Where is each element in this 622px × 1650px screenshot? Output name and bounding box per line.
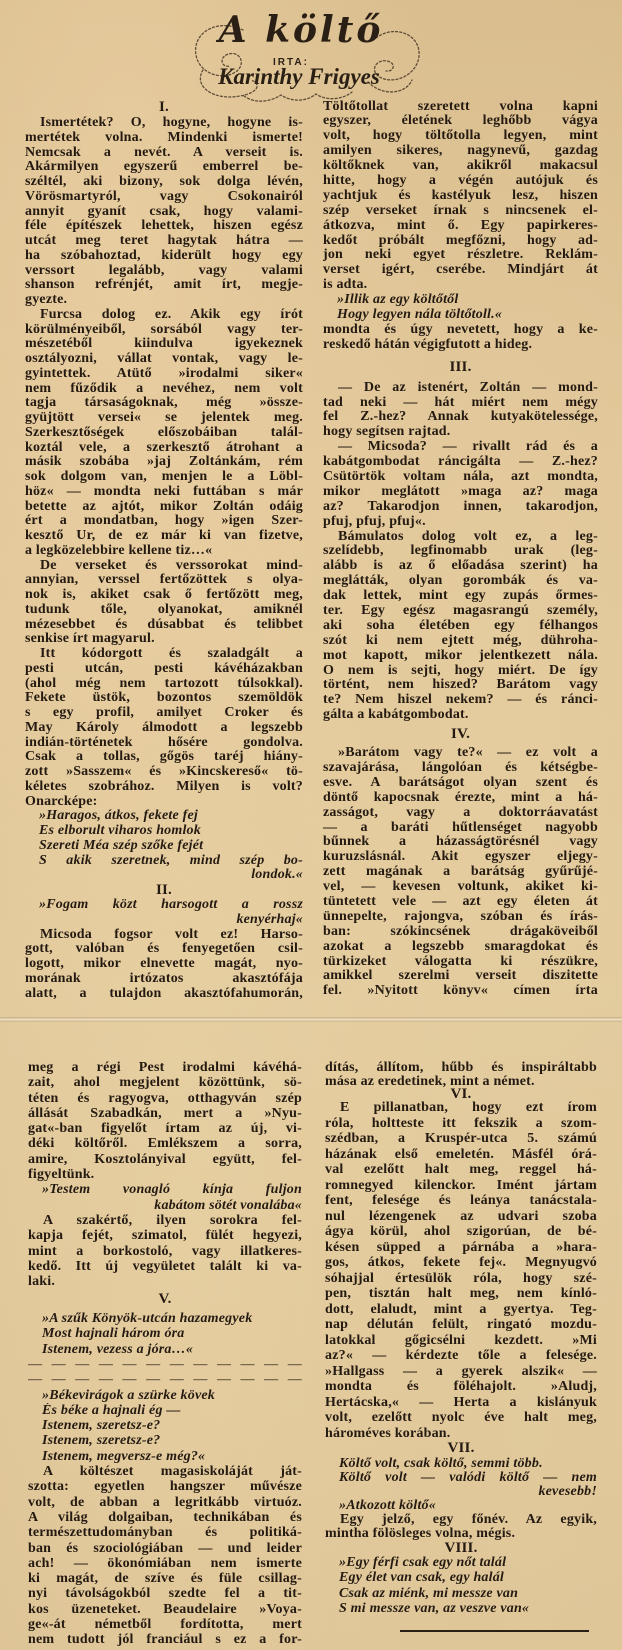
text-line: shanson refrénjét, amit írt, megje-	[25, 278, 303, 293]
text-line: döntő kapocsnak érezte, mint a há-	[323, 791, 598, 806]
text-line: Nemcsak a nevét. A verseit is.	[25, 146, 303, 161]
text-line: bűnnek a házasságtörésnél vagy	[323, 835, 598, 850]
text-line: pen, tisztán halt meg, nem kínló-	[325, 1286, 597, 1302]
verse-line: Istenem, vezess a jóra…«	[28, 1342, 302, 1357]
text-line: dítás, állítom, hűbb és inspiráltabb	[325, 1061, 597, 1075]
verse-line: »A szű­k Könyök-utcán hazamegyek	[28, 1311, 302, 1326]
text-line: egyszer, életének leghőbb vágya	[323, 114, 598, 129]
text-line: gyezte.	[25, 293, 303, 308]
text-line: zasságot, vagy a doktorráavatást	[323, 806, 598, 821]
text-line: alább is az ő előadása szerint) ha	[323, 559, 598, 574]
text-line: szép verseket írnak s nincsenek el-	[323, 204, 598, 219]
text-line: kedő. Itt új vegyületet talált ki va-	[28, 1259, 302, 1274]
verse-line: Csak az miénk, mi messze van	[325, 1586, 597, 1602]
section-heading: III.	[323, 353, 598, 381]
text-line: — a baráti hűtlenséget nagyobb	[323, 821, 598, 836]
text-line: mot kapott, mikor jelentkezett nála.	[323, 649, 598, 664]
text-line: másik szobába »jaj Zoltánkám, rém	[25, 455, 303, 470]
paragraph: E pillanatban, hogy ezt íromróla, holtte…	[325, 1100, 597, 1441]
text-line: logott, mikor elnevette magát, nyo-	[25, 957, 303, 972]
paragraph: A szakértő, ilyen sorokra fel-kapja fejé…	[28, 1213, 302, 1289]
dash-separator: — — — — — — — — — — — —— — — — — — — — —…	[28, 1357, 302, 1388]
text-line: — Micsoda? — rivallt rád és a	[323, 440, 598, 455]
text-line: mint a borkostoló, vagy illatkeres-	[28, 1244, 302, 1259]
text-line: nem fűződik a nevéhez, nem volt	[25, 382, 303, 397]
verse-line: Hogy legyen nála töltőtoll.«	[323, 308, 598, 323]
text-line: mézesebbet és dúsabbat és telibbet	[25, 618, 303, 633]
verse-quote: »Testem vonagló kínja fuljonkabátom söté…	[28, 1182, 302, 1213]
text-line: figyeltünk.	[28, 1167, 302, 1182]
text-line: nok is, akiket csak ő fertőzött meg,	[25, 588, 303, 603]
text-line: is adta.	[323, 278, 598, 293]
text-line: Ő nem is sejti, hogy miért. De így	[323, 664, 598, 679]
text-line: mondta és föléhajolt. »Aludj,	[325, 1379, 597, 1395]
text-line: mertétek volna. Mindenki ismerte!	[25, 131, 303, 146]
verse-line: Költő volt, csak költő, semmi több.	[325, 1457, 597, 1471]
text-line: ban és szociológiában — und leider	[28, 1541, 302, 1556]
text-line: mondta és úgy nevetett, hogy a ke-	[323, 323, 598, 338]
text-line: Micsoda fogsor volt ez! Harso-	[25, 928, 303, 943]
text-line: amikkel szerelmi verseit diszitette	[323, 969, 598, 984]
verse-line: És béke a hajnali ég —	[28, 1403, 302, 1418]
text-line: ter. Egy egész magasrangú személy,	[323, 604, 598, 619]
text-line: senkise írt magyarul.	[25, 632, 303, 647]
text-line: May Károly álmodott a legszebb	[25, 721, 303, 736]
text-line: annyian, verssel fertőzöttek s olya-	[25, 573, 303, 588]
paragraph: Itt kódorgott és szaladgált apesti utcán…	[25, 647, 303, 809]
verse-line: »Átkozott költő«	[325, 1499, 597, 1513]
text-line: házának első emeletén. Másfél órá-	[325, 1147, 597, 1163]
separator-line: — — — — — — — — — — — —	[28, 1372, 302, 1387]
text-line: (ahol még nem tartozott túlsokkal).	[25, 677, 303, 692]
text-line: átkozva, mint ő. Egy papirkeres-	[323, 219, 598, 234]
text-line: ért a mondatban, hogy »igen Szer-	[25, 514, 303, 529]
text-line: fent, felesége és leánya tanácstala-	[325, 1193, 597, 1209]
verse-quote: »Haragos, átkos, fekete fejEs elborult v…	[25, 809, 303, 883]
text-line: állását Szabadkán, mert a »Nyu-	[28, 1106, 302, 1121]
text-line: gott, valóban és fenyegetően csil-	[25, 942, 303, 957]
section-heading: II.	[25, 883, 303, 898]
text-line: alatt, a tulajdon akasztófahumorán,	[25, 987, 303, 1002]
text-line: kuruzslásnál. Akit egyszer eljegy-	[323, 850, 598, 865]
text-line: sok dolgom van, menjen le a Löbl-	[25, 470, 303, 485]
page-fold-line	[0, 1017, 622, 1022]
text-line: morának irtózatos akasztófája	[25, 972, 303, 987]
text-line: kapja fejét, szimatol, fülét hegyezi,	[28, 1228, 302, 1243]
text-line: kabátgombodat ráncigálta — Z.-hez?	[323, 455, 598, 470]
text-line: »Hallgass — a gyerek alszik« —	[325, 1364, 597, 1380]
text-line: késen süpped a párnába a »hara-	[325, 1240, 597, 1256]
text-line: meglátták, olyan gorombák és va-	[323, 574, 598, 589]
text-line: Csak a tollas, gőgös taréj hiány-	[25, 750, 303, 765]
text-line: verssort legalább, vagy valami	[25, 264, 303, 279]
text-line: amilyen sikeres, nagynevű, gazdag	[323, 144, 598, 159]
paragraph: A költészet magasiskoláját ját-szotta: e…	[28, 1464, 302, 1648]
text-line: a legközelebbire kellene tiz…«	[25, 544, 303, 559]
paragraph: Ismertétek? O, hogyne, hogyne is-mertéte…	[25, 116, 303, 308]
text-line: türkizeket válogatta ki részükre,	[323, 955, 598, 970]
text-line: téten és ragyogva, otthagyván szép	[28, 1091, 302, 1106]
verse-line: Es elborult viharos homlok	[25, 824, 303, 839]
text-line: róla, holtteste itt fekszik a szom-	[325, 1116, 597, 1132]
paragraph: mondta és úgy nevetett, hogy a ke-resked…	[323, 323, 598, 353]
text-line: szavajárása, lángolóan és kétségbe-	[323, 761, 598, 776]
text-line: osztályozni, vállat vontak, vagy le-	[25, 352, 303, 367]
text-line: tüntetett vele — azt egy életen át	[323, 895, 598, 910]
text-line: szédban, a Kruspér-utca 5. számú	[325, 1131, 597, 1147]
text-line: dak lettek, mint egy zupás őrmes-	[323, 589, 598, 604]
verse-line: Istenem, megversz-e még?«	[28, 1449, 302, 1464]
text-line: nap délután felült, ringató mozdu-	[325, 1317, 597, 1333]
separator-line: — — — — — — — — — — — —	[28, 1357, 302, 1372]
verse-line: kenyérhaj«	[25, 913, 303, 928]
verse-line: »Békevirágok a szürke kövek	[28, 1388, 302, 1403]
end-rule	[400, 1630, 589, 1632]
text-line: Szerkesztőségek előszobáiban talál-	[25, 426, 303, 441]
verse-line: Egy élet van csak, egy halál	[325, 1570, 597, 1586]
text-line: gat«-ban figyelőt írtam az új, vi-	[28, 1121, 302, 1136]
column-lower-right: dítás, állítom, hűbb és inspiráltabbmása…	[325, 1061, 597, 1632]
verse-quote: »Fogam közt harsogott a rosszkenyérhaj«	[25, 898, 303, 928]
text-line: val ezelőtt halt meg, reggel há-	[325, 1162, 597, 1178]
text-line: Ismertétek? O, hogyne, hogyne is-	[25, 116, 303, 131]
text-line: E pillanatban, hogy ezt írom	[325, 1100, 597, 1116]
text-line: gos, átkos, fekete fej«. Megnyugvó	[325, 1255, 597, 1271]
paragraph: Furcsa dolog ez. Akik egy írótkörülménye…	[25, 308, 303, 559]
text-line: hogy segítsen rajtad.	[323, 425, 598, 440]
verse-line: Istenem, szeretsz-e?	[28, 1433, 302, 1448]
text-line: zett magának a barátság gyűrűjé-	[323, 865, 598, 880]
text-line: Csütörtök voltam nála, azt mondta,	[323, 470, 598, 485]
verse-line: kevesebb!	[325, 1485, 597, 1499]
text-line: Vörösmartyról, vagy Csokonairól	[25, 190, 303, 205]
paragraph: Töltőtollat szeretett volna kapniegyszer…	[323, 100, 598, 294]
text-line: Bámulatos dolog volt ez, a leg-	[323, 530, 598, 545]
text-line: pesti utcán, pesti kávéházakban	[25, 662, 303, 677]
text-line: déki költőről. Emlékszem a sorra,	[28, 1136, 302, 1151]
verse-quote: »Egy férfi csak egy nőt találEgy élet va…	[325, 1555, 597, 1617]
text-line: betette az ajtót, mikor Zoltán odáig	[25, 500, 303, 515]
verse-line: »Illik az egy költőtől	[323, 293, 598, 308]
text-line: sóhajjal értesülök róla, hogy szé-	[325, 1271, 597, 1287]
text-line: jon neki egyet részletre. Reklám-	[323, 248, 598, 263]
text-line: A költészet magasiskoláját ját-	[28, 1464, 302, 1479]
paragraph: Egy jelző, egy főnév. Az egyik,mintha fö…	[325, 1513, 597, 1541]
verse-line: Költő volt — valódi költő — nem	[325, 1471, 597, 1485]
section-heading: VII.	[325, 1441, 597, 1456]
column-upper-right: Töltőtollat szeretett volna kapniegyszer…	[323, 100, 598, 1000]
text-line: szotta: egyetlen hangszer művésze	[28, 1479, 302, 1494]
text-line: azokat a legszebb smaragdokat és	[323, 940, 598, 955]
verse-line: kabátom sötét vonalába«	[28, 1198, 302, 1213]
text-line: szelídebb, legfinomabb urak (leg-	[323, 544, 598, 559]
paragraph: De verseket és verssorokat mind-annyian,…	[25, 559, 303, 648]
section-heading: VI.	[325, 1089, 597, 1100]
text-line: verset igért, cserébe. Mindjárt át	[323, 263, 598, 278]
verse-line: Most hajnali három óra	[28, 1326, 302, 1341]
text-line: Itt kódorgott és szaladgált a	[25, 647, 303, 662]
text-line: Töltőtollat szeretett volna kapni	[323, 100, 598, 115]
verse-line: »Haragos, átkos, fekete fej	[25, 809, 303, 824]
text-line: utcát meg teret hagytak hátra —	[25, 234, 303, 249]
text-line: kesztő Úr, de ez már ki van fizetve,	[25, 529, 303, 544]
text-line: volt, ezelőtt nyolc éve halt meg,	[325, 1410, 597, 1426]
text-line: latokkal gőgicsélni kezdett. »Mi	[325, 1333, 597, 1349]
text-line: kéletes szobrához. Milyen is volt?	[25, 780, 303, 795]
verse-line: S akik szeretnek, mind szép bo-	[25, 854, 303, 869]
text-line: romnegyed kilenckor. Imént jártam	[325, 1178, 597, 1194]
text-line: amire, Kosztolányival együtt, fel-	[28, 1152, 302, 1167]
verse-quote: »A szű­k Könyök-utcán hazamegyekMost haj…	[28, 1311, 302, 1357]
text-line: nem tudott jól franciául s ez a for-	[28, 1632, 302, 1647]
newspaper-page: A költő IRTA: Karinthy Frigyes I.Ismerté…	[0, 0, 622, 1650]
text-line: Fekete üstök, bozontos szemöldök	[25, 691, 303, 706]
text-line: meg a régi Pest irodalmi kávéhá-	[28, 1060, 302, 1075]
text-line: indián-történetek hősére gondolva.	[25, 736, 303, 751]
verse-line: »Egy férfi csak egy nőt talál	[325, 1555, 597, 1571]
paragraph: Micsoda fogsor volt ez! Harso-gott, való…	[25, 928, 303, 1002]
text-line: »Barátom vagy te?« — ez volt a	[323, 746, 598, 761]
text-line: Akármilyen egyszerű emberrel be-	[25, 160, 303, 175]
text-line: laki.	[28, 1274, 302, 1289]
text-line: gyüjtött versei« se jelentek meg.	[25, 411, 303, 426]
text-line: fel. »Nyitott könyv« címen írta	[323, 984, 598, 999]
text-line: Furcsa dolog ez. Akik egy írót	[25, 308, 303, 323]
text-line: széltél, aki bizony, sok dolga lévén,	[25, 175, 303, 190]
text-line: mikor meglátott »maga az? maga	[323, 485, 598, 500]
text-line: dott, elaludt, mint a gyertya. Teg-	[325, 1302, 597, 1318]
verse-line: londok.«	[25, 868, 303, 883]
text-line: Egy jelző, egy főnév. Az egyik,	[325, 1513, 597, 1527]
text-line: gyintettek. Atütő »irodalmi siker«	[25, 367, 303, 382]
paragraph: — Micsoda? — rivallt rád és akabátgombod…	[323, 440, 598, 529]
text-line: hitte, hogy a végén autójuk és	[323, 174, 598, 189]
text-line: aki soha életében egy félhangos	[323, 619, 598, 634]
text-line: gálta a kabátgombodat.	[323, 708, 598, 723]
verse-quote: »Illik az egy költőtőlHogy legyen nála t…	[323, 293, 598, 323]
verse-line: »Fogam közt harsogott a rossz	[25, 898, 303, 913]
text-line: nyi távolságokból szedte fel a tit-	[28, 1586, 302, 1601]
text-line: tudunk tőle, olyanokat, amiknél	[25, 603, 303, 618]
text-line: ha szóbahoztad, kiderült hogy egy	[25, 249, 303, 264]
text-line: pfuj, pfuj, pfuj«.	[323, 515, 598, 530]
text-line: körülményeiből, sorsából vagy ter-	[25, 323, 303, 338]
verse-line: Istenem, szeretsz-e?	[28, 1418, 302, 1433]
paragraph: — De az istenért, Zoltán — mond-tad neki…	[323, 381, 598, 441]
article-title: A költő	[151, 8, 451, 52]
section-heading: V.	[28, 1289, 302, 1311]
verse-line: »Testem vonagló kínja fuljon	[28, 1182, 302, 1197]
column-upper-left: I.Ismertétek? O, hogyne, hogyne is-merté…	[25, 98, 303, 1001]
paragraph: dítás, állítom, hűbb és inspiráltabbmása…	[325, 1061, 597, 1089]
verse-line: S mi messze van, az veszve van«	[325, 1601, 597, 1617]
text-line: ünnepelte, rajongva, szóban és írás-	[323, 910, 598, 925]
text-line: fel Z.-hez? Annak kutyakötelessége,	[323, 410, 598, 425]
text-line: költőknek van, akikről makacsul	[323, 159, 598, 174]
text-line: természettudományban és politiká-	[28, 1525, 302, 1540]
text-line: höz« — mondta neki futtában s már	[25, 485, 303, 500]
verse-quote: Költő volt, csak költő, semmi több.Költő…	[325, 1457, 597, 1499]
text-line: volt, hogy töltőtolla legyen, mint	[323, 129, 598, 144]
text-line: reskedő hátán végigfutott a hideg.	[323, 338, 598, 353]
text-line: tad neki — hát miért nem mégy	[323, 396, 598, 411]
text-line: kedőt próbált megfőzni, hogy ad-	[323, 234, 598, 249]
text-line: zott »Sasszem« és »Kincskereső« tö-	[25, 765, 303, 780]
text-line: vel, — kevesen voltunk, akiket ki-	[323, 880, 598, 895]
text-line: történt, nem hiszed? Barátom vagy	[323, 678, 598, 693]
text-line: az?« — kérdezte tőle a felesége.	[325, 1348, 597, 1364]
text-line: esve. A barátságot olyan szent és	[323, 776, 598, 791]
text-line: nul lézengenek az udvari szoba	[325, 1209, 597, 1225]
section-heading: VIII.	[325, 1541, 597, 1555]
column-lower-left: meg a régi Pest irodalmi kávéhá-zait, ah…	[28, 1060, 302, 1648]
text-line: Hertácska,« — Herta a kislányuk	[325, 1395, 597, 1411]
text-line: zait, ahol megjelent közöttünk, sö-	[28, 1075, 302, 1090]
text-line: kos üzeneteket. Beaudelaire »Voya-	[28, 1602, 302, 1617]
text-line: tagja társaságoknak, még »össze-	[25, 396, 303, 411]
text-line: s egy profil, amilyet Croker és	[25, 706, 303, 721]
text-line: mészetéből kiindulva igyekeznek	[25, 337, 303, 352]
text-line: ban: szókincsének drágaköveiből	[323, 925, 598, 940]
text-line: A világ dolgaiban, technikában és	[28, 1510, 302, 1525]
text-line: hároméves korában.	[325, 1426, 597, 1442]
text-line: ach! — ökonómiában nem ismerte	[28, 1556, 302, 1571]
verse-quote: »Átkozott költő«	[325, 1499, 597, 1513]
verse-quote: »Békevirágok a szürke kövekÉs béke a haj…	[28, 1388, 302, 1464]
text-line: De verseket és verssorokat mind-	[25, 559, 303, 574]
text-line: te? Nem hiszel nekem? — és ránci-	[323, 693, 598, 708]
text-line: — De az istenért, Zoltán — mond-	[323, 381, 598, 396]
text-line: ágya körül, ahol szigorúan, de bé-	[325, 1224, 597, 1240]
text-line: ki magát, de szíve és füle csillag-	[28, 1571, 302, 1586]
text-line: szót ki nem ejtett még, dühroha-	[323, 634, 598, 649]
text-line: volt, de abban a legritkább virtuóz.	[28, 1495, 302, 1510]
text-line: féle építészek lehettek, hiszen egész	[25, 219, 303, 234]
paragraph: meg a régi Pest irodalmi kávéhá-zait, ah…	[28, 1060, 302, 1182]
verse-line: Szereti Méa szép szőke fejét	[25, 839, 303, 854]
text-line: annyit gyanít csak, hogy valami-	[25, 205, 303, 220]
text-line: ge«-át németből fordította, mert	[28, 1617, 302, 1632]
paragraph: »Barátom vagy te?« — ez volt aszavajárás…	[323, 746, 598, 999]
article-author: Karinthy Frigyes	[189, 64, 409, 90]
text-line: yachtjuk és kastélyuk lesz, hiszen	[323, 189, 598, 204]
text-line: Önarcképe:	[25, 795, 303, 810]
text-line: az? Takarodjon innen, takarodjon,	[323, 500, 598, 515]
section-heading: IV.	[323, 723, 598, 746]
text-line: A szakértő, ilyen sorokra fel-	[28, 1213, 302, 1228]
text-line: mintha fölösleges volna, mégis.	[325, 1527, 597, 1541]
section-heading: I.	[25, 98, 303, 116]
text-line: koztál vele, a szerkesztő átrohant a	[25, 441, 303, 456]
paragraph: Bámulatos dolog volt ez, a leg-szelídebb…	[323, 530, 598, 724]
